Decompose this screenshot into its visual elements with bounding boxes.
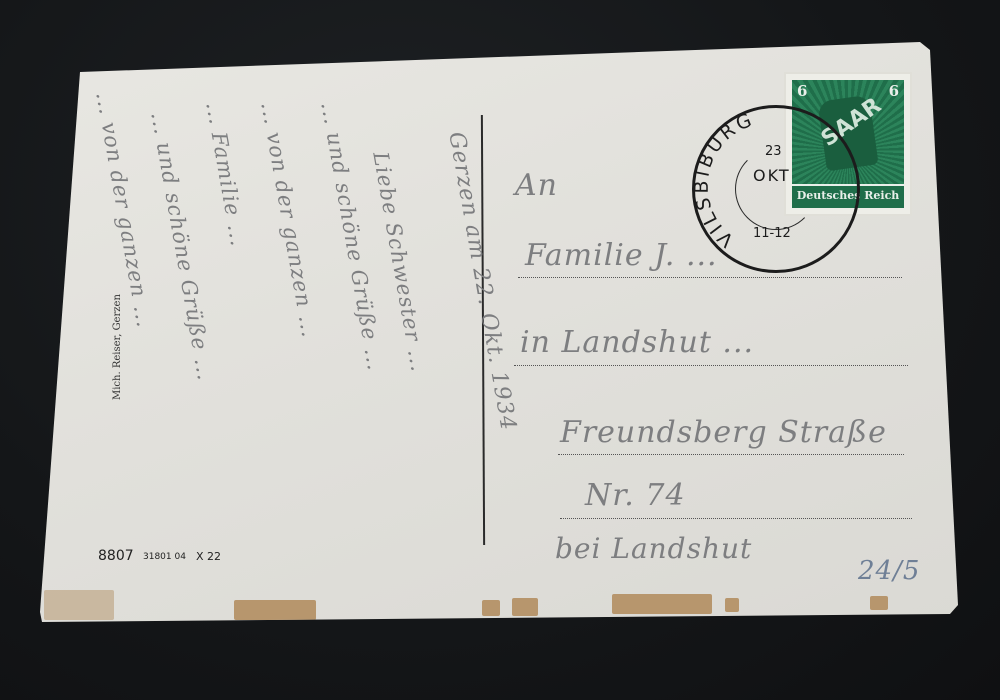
message-line: ... und schöne Grüße ... xyxy=(146,110,217,383)
message-line: ... von der ganzen ... xyxy=(91,90,156,330)
address-line-guide xyxy=(560,518,912,519)
address-line: Nr. 74 xyxy=(585,478,686,513)
postmark-month: OKT xyxy=(753,166,791,185)
stain xyxy=(612,594,712,614)
postmark-city: VILSBIBURG xyxy=(695,108,757,251)
postcard: Mich. Reiser, Gerzen 8807 31801 04 X 22 … xyxy=(0,0,1000,700)
stain xyxy=(512,598,538,616)
message-line: ... Familie ... xyxy=(201,100,250,249)
address-line: Familie J. ... xyxy=(525,238,718,273)
stain xyxy=(725,598,739,612)
postmark-time: 11-12 xyxy=(753,226,791,241)
address-line-guide xyxy=(518,277,902,278)
stain xyxy=(234,600,316,620)
message-line: ... und schöne Grüße ... xyxy=(316,100,387,373)
publisher-imprint: Mich. Reiser, Gerzen xyxy=(112,294,123,400)
series-number: 8807 xyxy=(98,548,134,564)
print-number: 31801 04 xyxy=(143,552,186,562)
postmark-day: 23 xyxy=(765,144,782,159)
stain xyxy=(482,600,500,616)
stamp-value-left: 6 xyxy=(797,82,807,100)
address-line-guide xyxy=(514,365,908,366)
stain xyxy=(44,590,114,620)
address-line: An xyxy=(515,168,558,203)
postmark-city-ring: VILSBIBURG xyxy=(695,108,857,270)
address-line: bei Landshut xyxy=(555,532,752,565)
stamp-value-right: 6 xyxy=(889,82,899,100)
postmark: VILSBIBURG 23 OKT 11-12 xyxy=(692,105,860,273)
print-code: X 22 xyxy=(196,550,221,563)
svg-text:VILSBIBURG: VILSBIBURG xyxy=(695,108,757,251)
message-line: ... von der ganzen ... xyxy=(256,100,321,340)
pencil-note: 24/5 xyxy=(858,556,920,586)
address-line: in Landshut ... xyxy=(520,325,754,360)
address-line: Freundsberg Straße xyxy=(560,415,887,450)
stain xyxy=(870,596,888,610)
address-line-guide xyxy=(558,454,904,455)
